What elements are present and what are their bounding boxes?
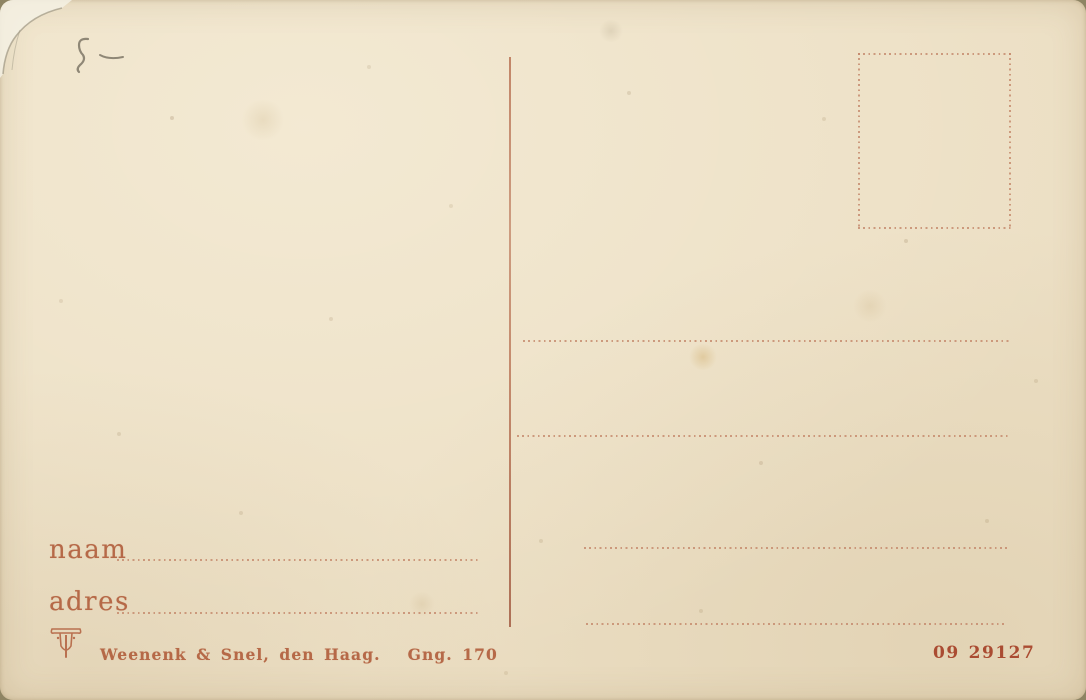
foxing-stain bbox=[688, 344, 718, 370]
serial-number: 0929127 bbox=[933, 643, 1035, 663]
handwritten-price-mark bbox=[66, 33, 132, 85]
stamp-box-border bbox=[858, 227, 1011, 229]
stamp-box bbox=[858, 53, 1011, 229]
publisher-name: Weenenk & Snel, den Haag. bbox=[100, 645, 381, 664]
address-write-line bbox=[586, 623, 1007, 625]
center-divider-line bbox=[509, 57, 511, 627]
name-write-line bbox=[117, 559, 478, 561]
stamp-box-border bbox=[858, 53, 860, 229]
address-write-line bbox=[584, 547, 1010, 549]
foxing-stain bbox=[240, 100, 286, 140]
foxing-stain bbox=[852, 290, 888, 322]
postcard-card: naam adres Weenenk & Snel, den Haag.Gng.… bbox=[0, 0, 1086, 700]
stamp-box-border bbox=[1009, 53, 1011, 229]
weenenk-snel-monogram-icon bbox=[48, 626, 84, 660]
publisher-code: Gng. 170 bbox=[408, 645, 498, 664]
name-label: naam bbox=[49, 537, 127, 563]
address-write-line bbox=[517, 435, 1008, 437]
foxing-stain bbox=[598, 20, 624, 42]
serial-prefix: 09 bbox=[933, 643, 960, 663]
address-write-line-left bbox=[117, 612, 478, 614]
stamp-box-border bbox=[858, 53, 1011, 55]
serial-digits: 29127 bbox=[969, 643, 1036, 663]
publisher-imprint: Weenenk & Snel, den Haag.Gng. 170 bbox=[100, 645, 498, 664]
address-write-line bbox=[523, 340, 1010, 342]
scanned-postcard-back: naam adres Weenenk & Snel, den Haag.Gng.… bbox=[0, 0, 1086, 700]
